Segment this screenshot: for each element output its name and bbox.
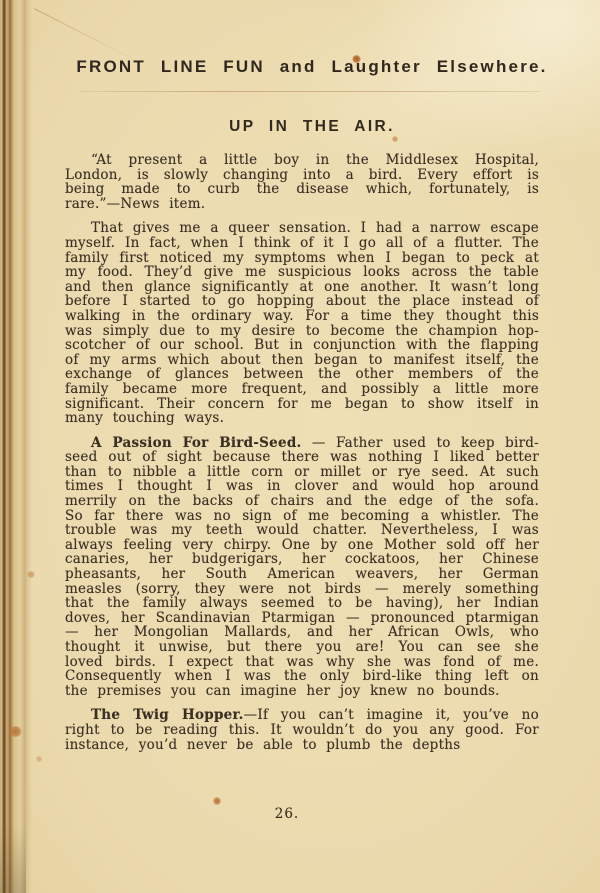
paragraph: A Passion For Bird-Seed. — Father used t… <box>65 436 539 699</box>
paragraph: The Twig Hopper.—If you can’t imagine it… <box>65 708 539 752</box>
binding-shadow <box>0 823 26 893</box>
body-text: “At present a little boy in the Middlese… <box>65 153 539 752</box>
rust-speck <box>213 797 221 805</box>
rust-speck <box>392 136 398 142</box>
paragraph-lead: A Passion For Bird-Seed. <box>91 435 301 451</box>
page-title: UP IN THE AIR. <box>32 118 592 136</box>
paragraph: That gives me a queer sensation. I had a… <box>65 221 539 425</box>
paragraph-text: That gives me a queer sensation. I had a… <box>65 220 539 426</box>
rust-speck <box>9 726 22 737</box>
header-rule <box>80 91 540 92</box>
paragraph-lead: The Twig Hopper. <box>91 707 244 723</box>
paragraph-text: — Father used to keep bird-seed out of s… <box>65 435 539 699</box>
scanned-book-page: FRONT LINE FUN and Laughter Elsewhere. U… <box>0 0 600 893</box>
news-quote-paragraph: “At present a little boy in the Middlese… <box>65 153 539 211</box>
rust-speck <box>27 571 35 578</box>
rust-speck <box>36 756 42 762</box>
page-number: 26. <box>65 806 509 822</box>
book-binding-edge <box>0 0 32 893</box>
paragraph-text: “At present a little boy in the Middlese… <box>65 152 539 212</box>
running-header: FRONT LINE FUN and Laughter Elsewhere. <box>32 57 592 77</box>
